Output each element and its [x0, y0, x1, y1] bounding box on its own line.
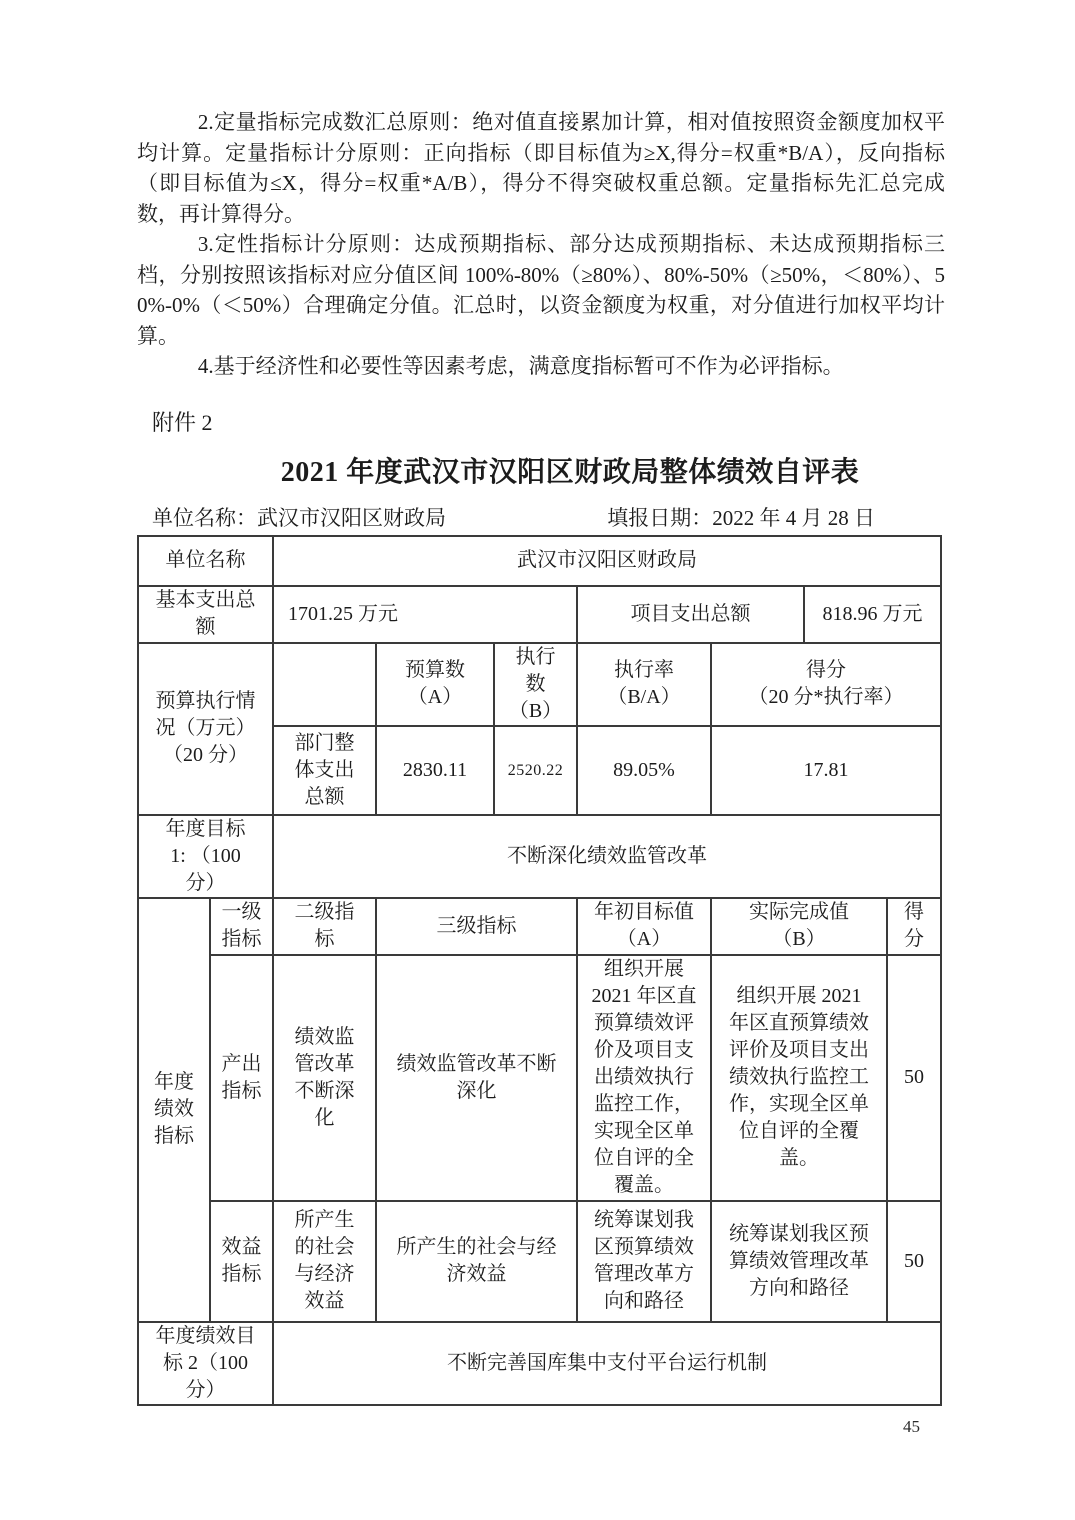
level3-value-cell: 所产生的社会与经 济效益	[376, 1201, 577, 1322]
self-evaluation-table: 单位名称 武汉市汉阳区财政局 基本支出总 额 1701.25 万元 项目支出总额…	[137, 535, 942, 1406]
level2-value-cell: 所产生 的社会 与经济 效益	[273, 1201, 376, 1322]
budget-execution-label-cell: 预算执行情 况（万元） （20 分）	[138, 643, 273, 815]
level1-value-cell: 产出 指标	[210, 955, 273, 1201]
note-paragraph-qualitative: 3.定性指标计分原则：达成预期指标、部分达成预期指标、未达成预期指标三档，分别按…	[137, 229, 945, 351]
table-row: 单位名称 武汉市汉阳区财政局	[138, 536, 941, 586]
page-title: 2021 年度武汉市汉阳区财政局整体绩效自评表	[137, 454, 945, 492]
annual-goal2-label-cell: 年度绩效目 标 2（100 分）	[138, 1322, 273, 1405]
annual-goal2-value-cell: 不断完善国库集中支付平台运行机制	[273, 1322, 941, 1405]
project-expenditure-label-cell: 项目支出总额	[577, 586, 804, 643]
annual-goal1-label-cell: 年度目标 1: （100 分）	[138, 815, 273, 898]
level3-header-cell: 三级指标	[376, 898, 577, 955]
execution-rate-header-cell: 执行率 （B/A）	[577, 643, 711, 726]
table-row: 年度目标 1: （100 分） 不断深化绩效监管改革	[138, 815, 941, 898]
department-total-label-cell: 部门整 体支出 总额	[273, 726, 376, 815]
level3-value-cell: 绩效监管改革不断 深化	[376, 955, 577, 1201]
budget-number-header-cell: 预算数 （A）	[376, 643, 494, 726]
notes-section: 2.定量指标完成数汇总原则：绝对值直接累加计算，相对值按照资金额度加权平均计算。…	[137, 0, 945, 382]
execution-number-header-cell: 执行 数 （B）	[494, 643, 577, 726]
unit-name-label-cell: 单位名称	[138, 536, 273, 586]
budget-number-value-cell: 2830.11	[376, 726, 494, 815]
execution-score-header-cell: 得分 （20 分*执行率）	[711, 643, 941, 726]
project-expenditure-value-cell: 818.96 万元	[804, 586, 941, 643]
execution-number-value-cell: 2520.22	[494, 726, 577, 815]
score-header-cell: 得 分	[887, 898, 941, 955]
score-value-cell: 50	[887, 955, 941, 1201]
attachment-label: 附件 2	[137, 408, 945, 438]
table-row: 基本支出总 额 1701.25 万元 项目支出总额 818.96 万元	[138, 586, 941, 643]
actual-value-cell: 统筹谋划我区预 算绩效管理改革 方向和路径	[711, 1201, 887, 1322]
report-date-line: 填报日期：2022 年 4 月 28 日	[607, 504, 875, 532]
document-page: { "page": { "paragraphs": [ "2.定量指标完成数汇总…	[0, 0, 1075, 1520]
unit-name-line: 单位名称：武汉市汉阳区财政局	[152, 504, 446, 532]
content-column: 2.定量指标完成数汇总原则：绝对值直接累加计算，相对值按照资金额度加权平均计算。…	[137, 0, 945, 1406]
unit-name-value-cell: 武汉市汉阳区财政局	[273, 536, 941, 586]
basic-expenditure-label-cell: 基本支出总 额	[138, 586, 273, 643]
target-value-cell: 组织开展 2021 年区直 预算绩效评 价及项目支 出绩效执行 监控工作， 实现…	[577, 955, 711, 1201]
basic-expenditure-value-cell: 1701.25 万元	[273, 586, 577, 643]
actual-value-header-cell: 实际完成值 （B）	[711, 898, 887, 955]
indicator-row-output: 产出 指标 绩效监 管改革 不断深 化 绩效监管改革不断 深化 组织开展 202…	[138, 955, 941, 1201]
target-value-cell: 统筹谋划我 区预算绩效 管理改革方 向和路径	[577, 1201, 711, 1322]
target-value-header-cell: 年初目标值 （A）	[577, 898, 711, 955]
table-row: 年度绩效目 标 2（100 分） 不断完善国库集中支付平台运行机制	[138, 1322, 941, 1405]
note-paragraph-quantitative: 2.定量指标完成数汇总原则：绝对值直接累加计算，相对值按照资金额度加权平均计算。…	[137, 107, 945, 229]
execution-rate-value-cell: 89.05%	[577, 726, 711, 815]
budget-execution-blank-cell	[273, 643, 376, 726]
score-value-cell: 50	[887, 1201, 941, 1322]
table-row: 年度 绩效 指标 一级 指标 二级指 标 三级指标 年初目标值 （A） 实际完成…	[138, 898, 941, 955]
execution-score-value-cell: 17.81	[711, 726, 941, 815]
level2-header-cell: 二级指 标	[273, 898, 376, 955]
level1-header-cell: 一级 指标	[210, 898, 273, 955]
level2-value-cell: 绩效监 管改革 不断深 化	[273, 955, 376, 1201]
indicator-row-benefit: 效益 指标 所产生 的社会 与经济 效益 所产生的社会与经 济效益 统筹谋划我 …	[138, 1201, 941, 1322]
table-row: 预算执行情 况（万元） （20 分） 预算数 （A） 执行 数 （B） 执行率 …	[138, 643, 941, 726]
note-paragraph-satisfaction: 4.基于经济性和必要性等因素考虑，满意度指标暂可不作为必评指标。	[137, 351, 945, 382]
meta-row: 单位名称：武汉市汉阳区财政局 填报日期：2022 年 4 月 28 日	[137, 504, 945, 532]
annual-goal1-value-cell: 不断深化绩效监管改革	[273, 815, 941, 898]
page-number: 45	[903, 1417, 920, 1437]
level1-value-cell: 效益 指标	[210, 1201, 273, 1322]
annual-indicators-side-cell: 年度 绩效 指标	[138, 898, 210, 1322]
actual-value-cell: 组织开展 2021 年区直预算绩效 评价及项目支出 绩效执行监控工 作，实现全区…	[711, 955, 887, 1201]
